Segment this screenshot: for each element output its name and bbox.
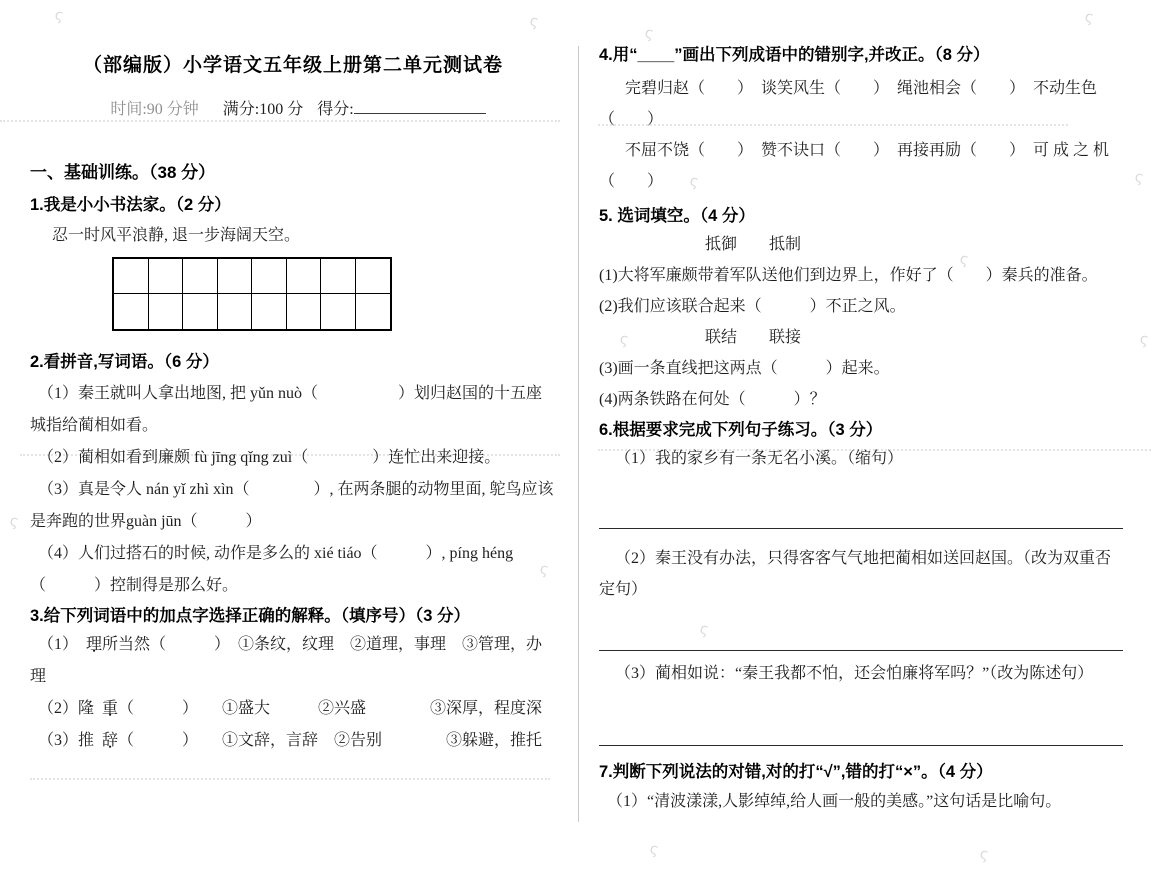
q3-stem-before: （1） [38, 636, 78, 653]
grid-cell [321, 259, 356, 294]
q2-item: （3）真是令人 nán yǐ zhì xìn（ ）, 在两条腿的动物里面, 鸵鸟… [30, 474, 556, 538]
q2-item: （1）秦王就叫人拿出地图, 把 yǔn nuò（ ）划归赵国的十五座城指给蔺相如… [30, 378, 556, 442]
q3-stem-after: （ ） [118, 700, 222, 717]
grid-cell [183, 259, 218, 294]
q3-dotted-char: 重 [94, 693, 118, 725]
q5-word-bank: 联结 联接 [599, 322, 1123, 353]
grid-cell [149, 294, 184, 329]
grid-cell [287, 294, 322, 329]
q3-item: （1）理所当然（ ） ①条纹，纹理 ②道理，事理 ③管理，办理 [30, 629, 556, 693]
q6-title: 6.根据要求完成下列句子练习。（3 分） [599, 417, 1123, 443]
watermark-curl-icon [53, 5, 65, 24]
exam-title: （部编版）小学语文五年级上册第二单元测试卷 [30, 52, 556, 80]
grid-cell [287, 259, 322, 294]
q2-item: （2）蔺相如看到廉颇 fù jīng qǐng zuì（ ）连忙出来迎接。 [30, 442, 556, 474]
q6-item: （1）我的家乡有一条无名小溪。（缩句） [599, 443, 1123, 474]
q5-item: (1)大将军廉颇带着军队送他们到边界上，作好了（ ）秦兵的准备。 [599, 260, 1123, 291]
q3-dotted-char: 辞 [94, 725, 118, 757]
watermark-curl-icon [8, 511, 20, 530]
q4-line: 不屈不饶（ ） 赞不诀口（ ） 再接再励（ ） 可 成 之 机 [599, 135, 1123, 166]
q7-item: （1）“清波漾漾,人影绰绰,给人画一般的美感。”这句话是比喻句。 [599, 786, 1123, 817]
answer-line [599, 745, 1123, 746]
q5-word-bank: 抵御 抵制 [599, 229, 1123, 260]
left-column: （部编版）小学语文五年级上册第二单元测试卷 时间:90 分钟 满分:100 分 … [30, 40, 556, 757]
q5-title: 5. 选词填空。（4 分） [599, 203, 1123, 229]
q4-line: （ ） [599, 104, 1123, 135]
q2-item: （4）人们过搭石的时候, 动作是多么的 xié tiáo（ ）, píng hé… [30, 538, 556, 602]
q3-item: （2）隆重（ ） ①盛大 ②兴盛 ③深厚，程度深 [30, 693, 556, 725]
grid-cell [252, 294, 287, 329]
q3-item: （3）推辞（ ） ①文辞，言辞 ②告别 ③躲避，推托 [30, 725, 556, 757]
q1-sentence: 忍一时风平浪静, 退一步海阔天空。 [30, 221, 556, 251]
q3-stem-after: （ ） [118, 732, 222, 749]
writing-grid [112, 257, 392, 331]
q1-title: 1.我是小小书法家。（2 分） [30, 192, 556, 218]
q5-item: (3)画一条直线把这两点（ ）起来。 [599, 353, 1123, 384]
watermark-curl-icon [978, 844, 990, 863]
time-label: 时间:90 分钟 [110, 101, 198, 118]
column-divider [578, 46, 579, 822]
q3-stem-before: （3）推 [38, 732, 94, 749]
section-1-header: 一、基础训练。（38 分） [30, 160, 556, 186]
q4-line: 完碧归赵（ ） 谈笑风生（ ） 绳池相会（ ） 不动生色 [599, 73, 1123, 104]
watermark-curl-icon [1133, 167, 1145, 186]
q3-options: ①文辞，言辞 ②告别 ③躲避，推托 [222, 732, 542, 749]
q6-item: （2）秦王没有办法，只得客客气气地把蔺相如送回赵国。（改为双重否定句） [599, 543, 1123, 605]
q4-line: （ ） [599, 166, 1123, 197]
watermark-curl-icon [648, 839, 660, 858]
grid-cell [114, 259, 149, 294]
grid-cell [149, 259, 184, 294]
exam-meta: 时间:90 分钟 满分:100 分 得分: [30, 98, 556, 122]
grid-cell [356, 259, 391, 294]
test-paper-page: （部编版）小学语文五年级上册第二单元测试卷 时间:90 分钟 满分:100 分 … [0, 0, 1151, 882]
q5-item: (2)我们应该联合起来（ ）不正之风。 [599, 291, 1123, 322]
q3-stem-before: （2）隆 [38, 700, 94, 717]
answer-line [599, 650, 1123, 651]
score-blank [354, 99, 486, 114]
q4-title: 4.用“____”画出下列成语中的错别字,并改正。（8 分） [599, 42, 1123, 68]
watermark-dotted-line [30, 778, 550, 780]
q2-title: 2.看拼音,写词语。（6 分） [30, 349, 556, 375]
grid-cell [321, 294, 356, 329]
grid-cell [218, 294, 253, 329]
right-column: 4.用“____”画出下列成语中的错别字,并改正。（8 分） 完碧归赵（ ） 谈… [599, 40, 1123, 817]
grid-cell [218, 259, 253, 294]
full-score-label: 满分:100 分 [223, 101, 303, 118]
answer-line [599, 528, 1123, 529]
q6-item: （3）蔺相如说：“秦王我都不怕，还会怕廉将军吗？”（改为陈述句） [599, 658, 1123, 689]
q3-stem-after: 所当然（ ） [102, 636, 238, 653]
q3-dotted-char: 理 [78, 629, 102, 661]
q3-title: 3.给下列词语中的加点字选择正确的解释。（填序号）（3 分） [30, 603, 556, 629]
q7-title: 7.判断下列说法的对错,对的打“√”,错的打“×”。（4 分） [599, 759, 1123, 785]
q3-options: ①盛大 ②兴盛 ③深厚，程度深 [222, 700, 542, 717]
watermark-curl-icon [1138, 329, 1150, 348]
watermark-curl-icon [528, 11, 540, 30]
grid-cell [114, 294, 149, 329]
q5-item: (4)两条铁路在何处（ ）？ [599, 384, 1123, 415]
grid-cell [183, 294, 218, 329]
grid-cell [252, 259, 287, 294]
grid-cell [356, 294, 391, 329]
watermark-curl-icon [1083, 7, 1095, 26]
score-label: 得分: [317, 101, 353, 118]
